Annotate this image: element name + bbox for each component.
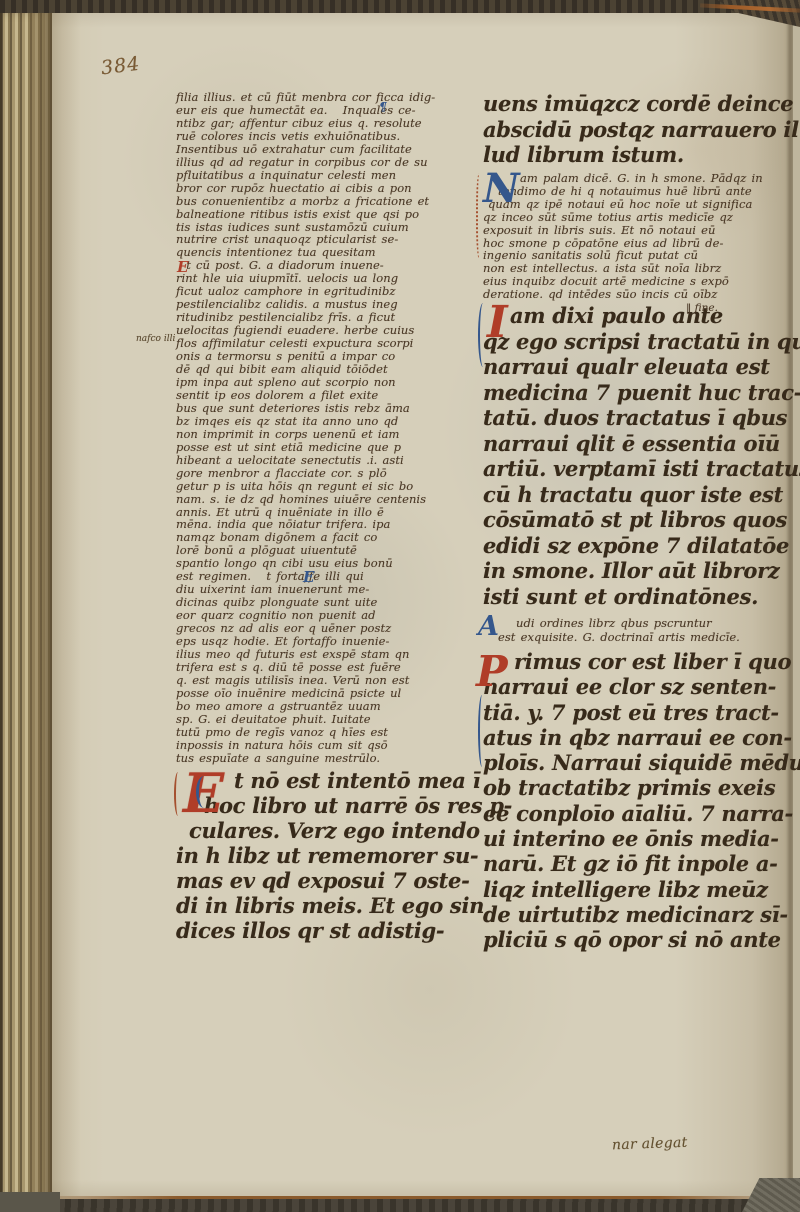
facing-page-sliver: [793, 0, 800, 1212]
text-line: gore menbror a flacciate cor. s plō: [176, 467, 468, 480]
text-line: atus in qbz narraui ee con-: [483, 725, 783, 750]
text-line: edidi sz expōne 7 dilatatōe: [483, 533, 783, 559]
text-line: pliciū s qō opor si nō ante: [483, 927, 783, 952]
text-line: pfluitatibus a inquinatur celesti men: [176, 169, 468, 182]
text-line: ui interino ee ōnis media-: [483, 826, 783, 851]
text-line: Insentibus uō extrahatur cum facilitate: [176, 143, 468, 156]
text-line: hoc libro ut narrē ōs res p-: [204, 793, 476, 818]
text-line: ploīs. Narraui siquidē mēdu: [483, 750, 783, 775]
text-line: am palam dicē. G. in h smone. Pādqz in: [520, 172, 779, 185]
audi-paragraph: udi ordines librz qbus pscrunturest exqu…: [483, 617, 783, 644]
initial-N: N: [483, 169, 520, 209]
binding-bottom-left-corner: [0, 1192, 60, 1212]
text-line: q. est magis utilisīs inea. Verū non est: [176, 674, 468, 687]
text-line: ntibz gar; affentur cibuz eius q. resolu…: [176, 117, 468, 130]
text-line: tendimo de hi q notauimus huē librū ante: [498, 185, 779, 198]
left-column-small-text: filia illius. et cū fiūt menbra cor ficc…: [176, 91, 468, 765]
text-line: am dixi paulo ante: [510, 303, 783, 329]
text-line: udi ordines librz qbus pscruntur: [516, 617, 783, 631]
text-line: mas ev qd exposui 7 oste-: [176, 868, 476, 893]
text-line: narraui qlit ē essentia oīū: [483, 431, 783, 457]
text-line: bus conuenientibz a morbz a fricatione e…: [176, 195, 468, 208]
text-line: posse oīo inuēnire medicinā psicte ul: [176, 687, 468, 700]
text-line: isti sunt et ordinatōnes.: [483, 584, 783, 610]
text-line: ruē colores incis vetis exhuiōnatibus.: [176, 130, 468, 143]
text-line: liqz intelligere libz meūz: [483, 877, 783, 902]
text-line: trifera est s q. diū tē posse est fuēre: [176, 661, 468, 674]
text-line: getur p is uita hōis qn regunt ei sic bo: [176, 480, 468, 493]
text-line: tutū pmo de regīs vanoz q hīes est: [176, 726, 468, 739]
text-line: balneatione ritibus istis exist que qsi …: [176, 208, 468, 221]
margin-note: nafco illi: [136, 334, 175, 344]
rubric-initial-E: E: [177, 258, 188, 276]
text-line: bz imqes eis qz stat ita anno uno qd: [176, 415, 468, 428]
right-column-opening-large-text: uens imūqzcz cordē deinceabscidū postqz …: [483, 91, 783, 168]
text-line: artiū. verptamī isti tractatus: [483, 456, 783, 482]
text-line: inpossis in natura hōis cum sit qsō: [176, 739, 468, 752]
binding-top-band: [0, 0, 800, 13]
text-line: bus que sunt deteriores istis rebz āma: [176, 402, 468, 415]
binding-bottom-band: [0, 1199, 800, 1212]
text-line: dices illos qr st adistig-: [176, 918, 476, 943]
text-line: t nō est intentō mea ī: [234, 768, 476, 793]
text-line: quam qz ipē notaui eū hoc noīe ut signif…: [488, 198, 779, 211]
text-line: de uirtutibz medicinarz sī-: [483, 902, 783, 927]
text-line: narraui qualr eleuata est: [483, 354, 783, 380]
text-line: ee conploīo aīaliū. 7 narra-: [483, 801, 783, 826]
text-line: qz inceo sūt sūme totius artis medicīe q…: [483, 211, 779, 224]
text-line: abscidū postqz narrauero il: [483, 117, 783, 143]
text-line: posse est ut sint etiā medicine que p: [176, 441, 468, 454]
text-line: qz ego scripsi tractatū in quo: [483, 329, 783, 355]
text-line: bror cor rupōz huectatio ai cibis a pon: [176, 182, 468, 195]
text-line: in smone. Illor aūt librorz: [483, 558, 783, 584]
right-column-treatise-paragraph: am dixi paulo anteqz ego scripsi tractat…: [483, 303, 783, 609]
text-line: ilius meo qd futuris est exspē stam qn: [176, 648, 468, 661]
decorated-initial-E: E: [183, 766, 224, 820]
text-line: sp. G. ei deuitatoe phuit. Iuitate: [176, 713, 468, 726]
catchword: nar alegat: [612, 1135, 688, 1154]
page-edge-shadow: [30, 10, 90, 1202]
text-line: uens imūqzcz cordē deince: [483, 91, 783, 117]
blue-initial-E: E: [303, 568, 314, 586]
text-line: in h libz ut rememorer su-: [176, 843, 476, 868]
text-line: filia illius. et cū fiūt menbra cor ficc…: [176, 91, 468, 104]
fine-mark: ‖ fine.: [686, 302, 718, 314]
text-line: non imprimit in corps uenenū et iam: [176, 428, 468, 441]
text-line: lud librum istum.: [483, 142, 783, 168]
manuscript-photo: 384 filia illius. et cū fiūt menbra cor …: [0, 0, 800, 1212]
text-line: ipm inpa aut spleno aut scorpio non: [176, 376, 468, 389]
text-line: illius qd ad regatur in corpibus cor de …: [176, 156, 468, 169]
initial-A: A: [478, 613, 499, 640]
text-line: narū. Et gz iō fit inpole a-: [483, 851, 783, 876]
text-line: di in libris meis. Et ego sin: [176, 893, 476, 918]
text-line: bo meo amore a gstruantēz uuam: [176, 700, 468, 713]
text-line: hibeant a uelocitate senectutis .i. asti: [176, 454, 468, 467]
initial-P: P: [476, 651, 508, 693]
text-line: exposuit in libris suis. Et nō notaui eū: [483, 224, 779, 237]
text-line: narraui ee clor sz senten-: [483, 674, 783, 699]
text-line: est exquisite. G. doctrinaī artis medicī…: [498, 631, 783, 645]
text-line: sentit ip eos dolorem a filet exite: [176, 389, 468, 402]
right-column-small-paragraph: am palam dicē. G. in h smone. Pādqz inte…: [483, 172, 779, 301]
text-line: medicina 7 puenit huc trac-: [483, 380, 783, 406]
text-line: tiā. y. 7 post eū tres tract-: [483, 700, 783, 725]
text-line: rimus cor est liber ī quo: [514, 649, 783, 674]
text-line: culares. Verz ego intendo: [189, 818, 476, 843]
primus-paragraph: rimus cor est liber ī quonarraui ee clor…: [483, 649, 783, 953]
text-line: tatū. duos tractatus ī qbus: [483, 405, 783, 431]
text-line: cōsūmatō st pt libros quos: [483, 507, 783, 533]
text-line: nam. s. ie dz qd homines uiuēre centenis: [176, 493, 468, 506]
text-line: eur eis que humectāt ea. Inquales ce-: [176, 104, 468, 117]
text-line: ob tractatibz primis exeis: [483, 775, 783, 800]
text-line: deratione. qd intēdes sūo incis cū oībz: [483, 288, 779, 301]
blue-paraph-mark: ¶: [379, 100, 387, 114]
text-line: cū h tractatu quor iste est: [483, 482, 783, 508]
initial-I: I: [487, 301, 508, 345]
